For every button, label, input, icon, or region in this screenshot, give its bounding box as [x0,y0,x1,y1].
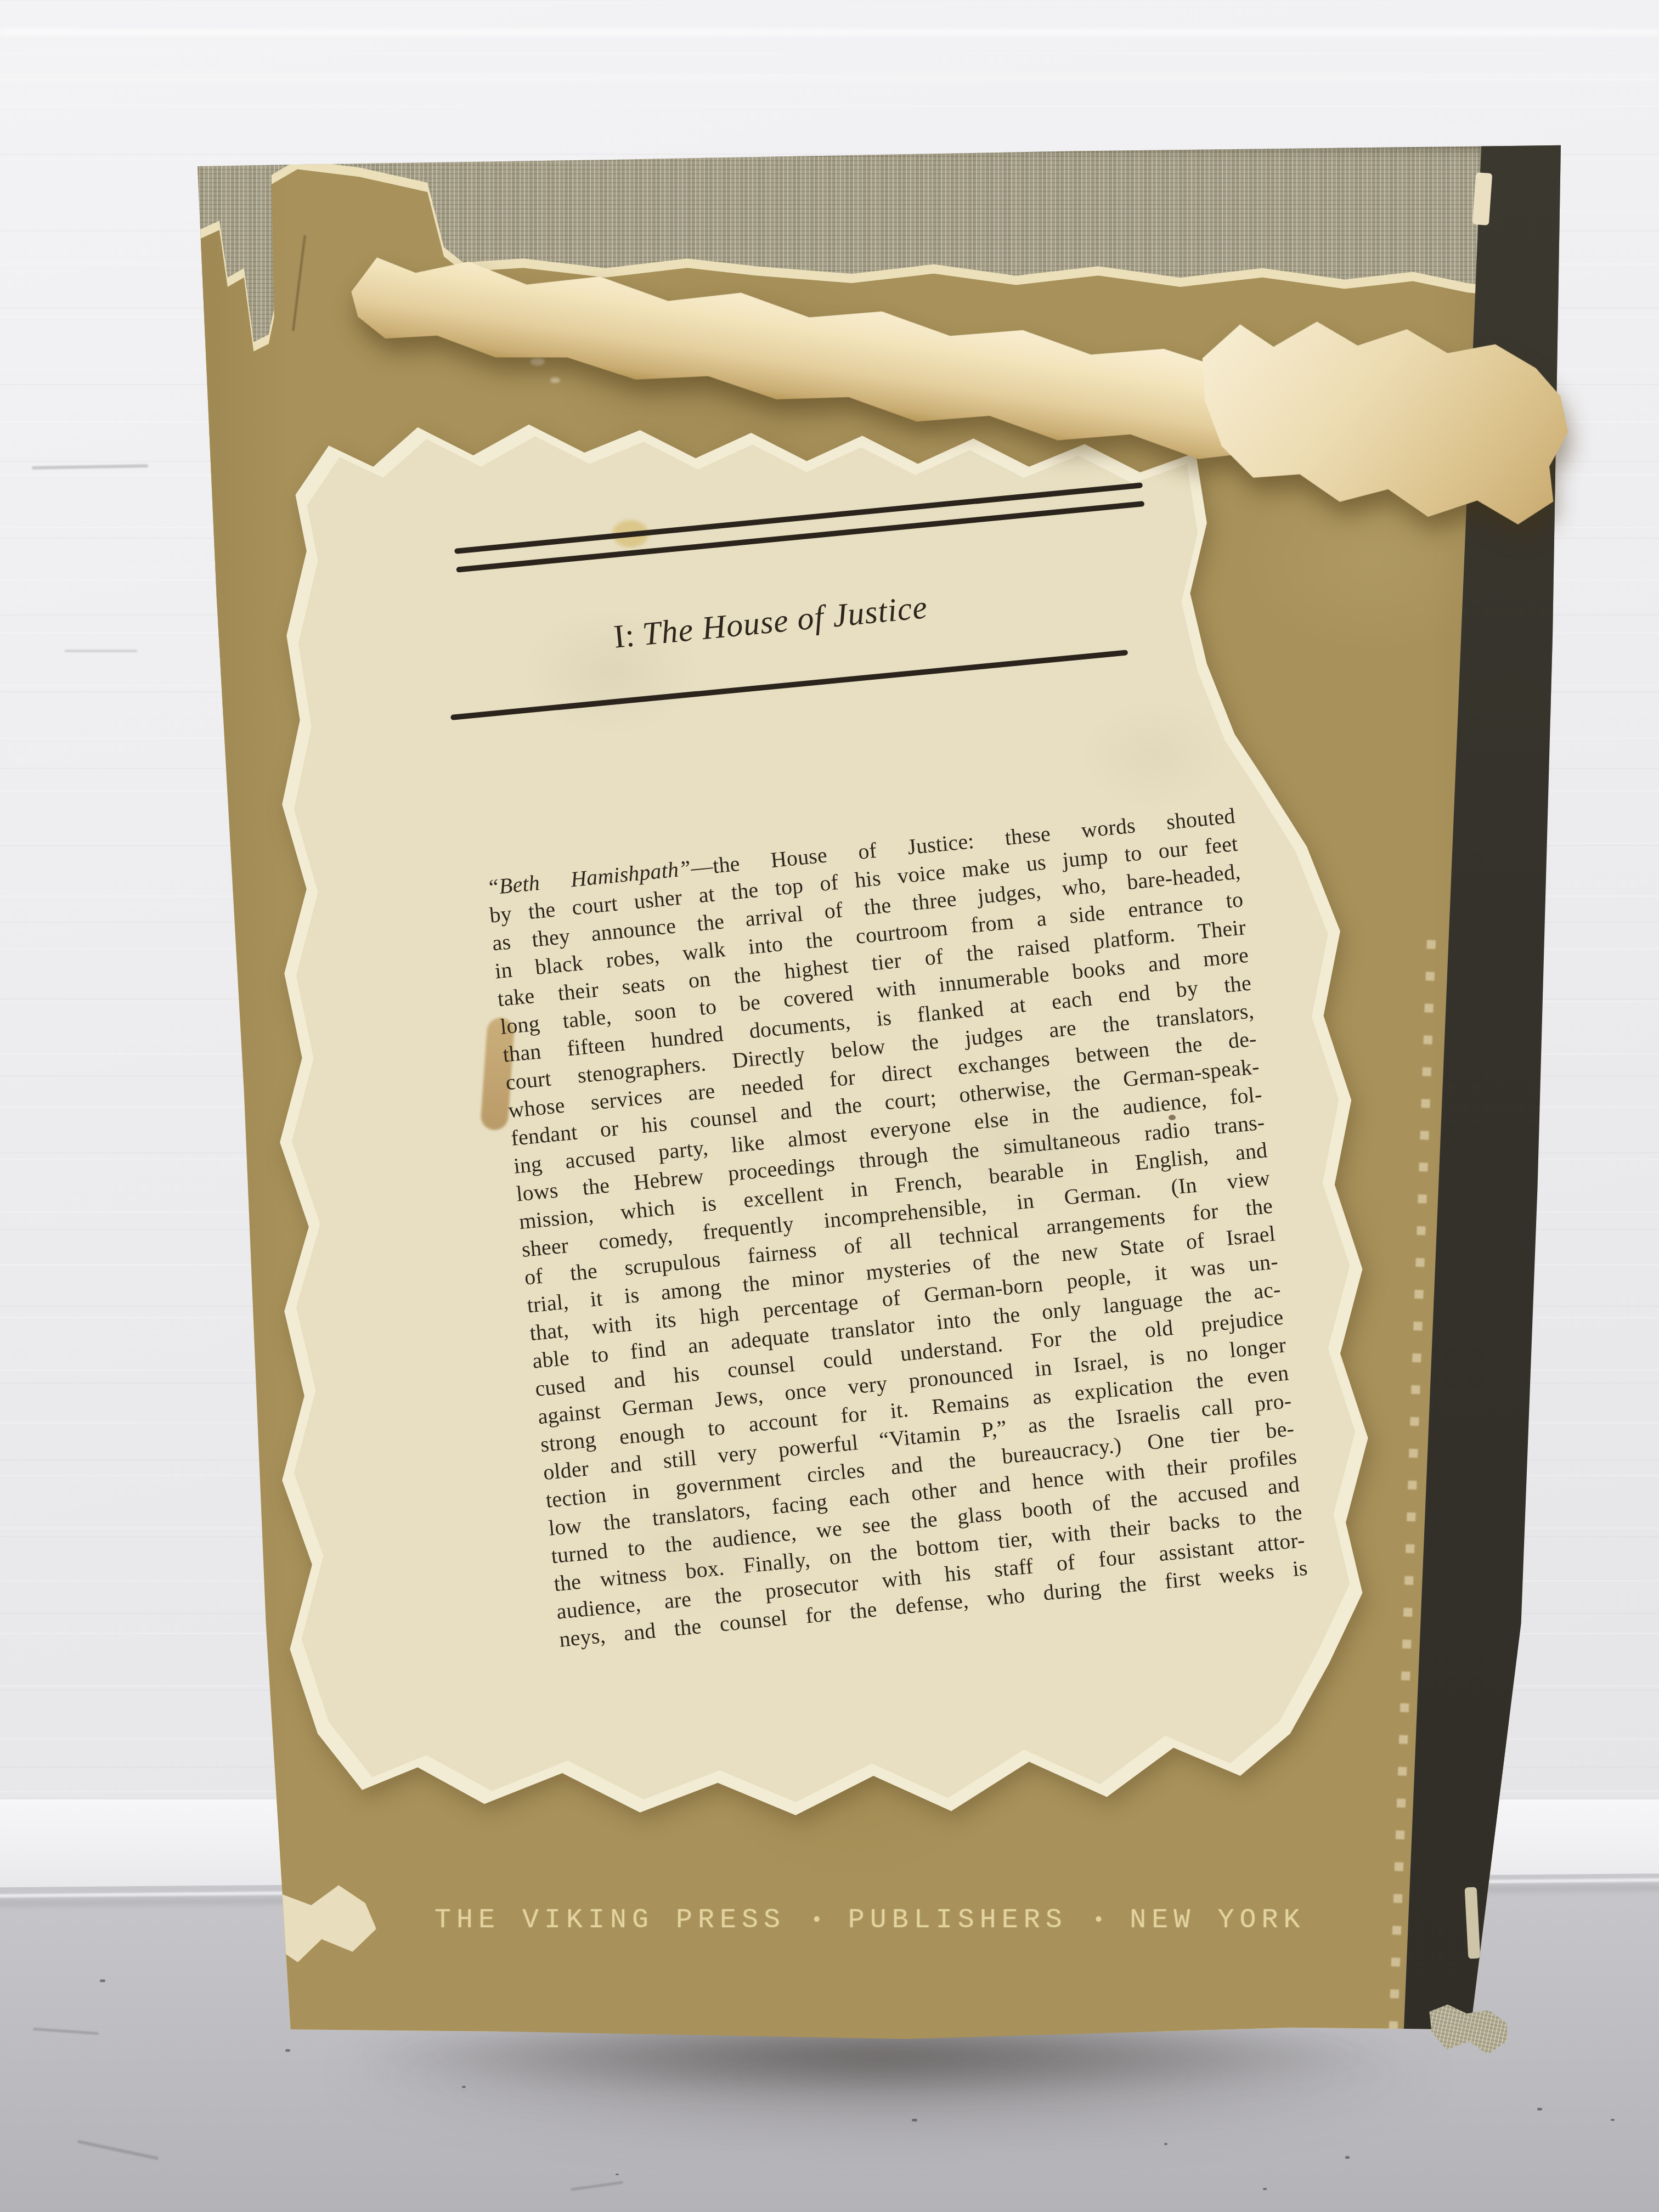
rule-line [456,501,1144,573]
publisher-role: PUBLISHERS [848,1905,1068,1936]
wall-streak [0,29,1659,36]
floor-speck [285,2049,290,2052]
publisher-name: THE VIKING PRESS [435,1905,786,1936]
wall-streak [0,75,1659,80]
bullet-separator: • [1093,1909,1105,1932]
floor-speck [1611,2119,1615,2121]
photo-scene: From I:The House of Justice “Beth Hamish… [0,0,1659,2212]
floor-speck [1164,2143,1167,2145]
chapter-title: The House of Justice [641,589,929,652]
heading-single-rule [450,650,1128,720]
publisher-city: NEW YORK [1130,1905,1305,1936]
floor-speck [1537,2108,1542,2111]
heading-double-rule [454,482,1144,573]
publisher-imprint-line: THE VIKING PRESS • PUBLISHERS • NEW YORK [435,1905,1305,1936]
floor-speck [616,2174,619,2175]
jacket-scuff [531,358,545,365]
floor-speck [100,1979,105,1982]
jacket-scuff [550,377,560,383]
wall-scratch [65,650,137,652]
floor-speck [1345,2156,1350,2159]
floor-speck [912,2119,917,2121]
bullet-separator: • [811,1909,823,1932]
floor-speck [1263,2188,1267,2190]
excerpt-body-text: “Beth Hamishpath”—the House of Justice: … [486,802,1309,1654]
chapter-number: I: [612,617,637,654]
floor-speck [462,2086,466,2088]
rule-line [454,482,1143,554]
